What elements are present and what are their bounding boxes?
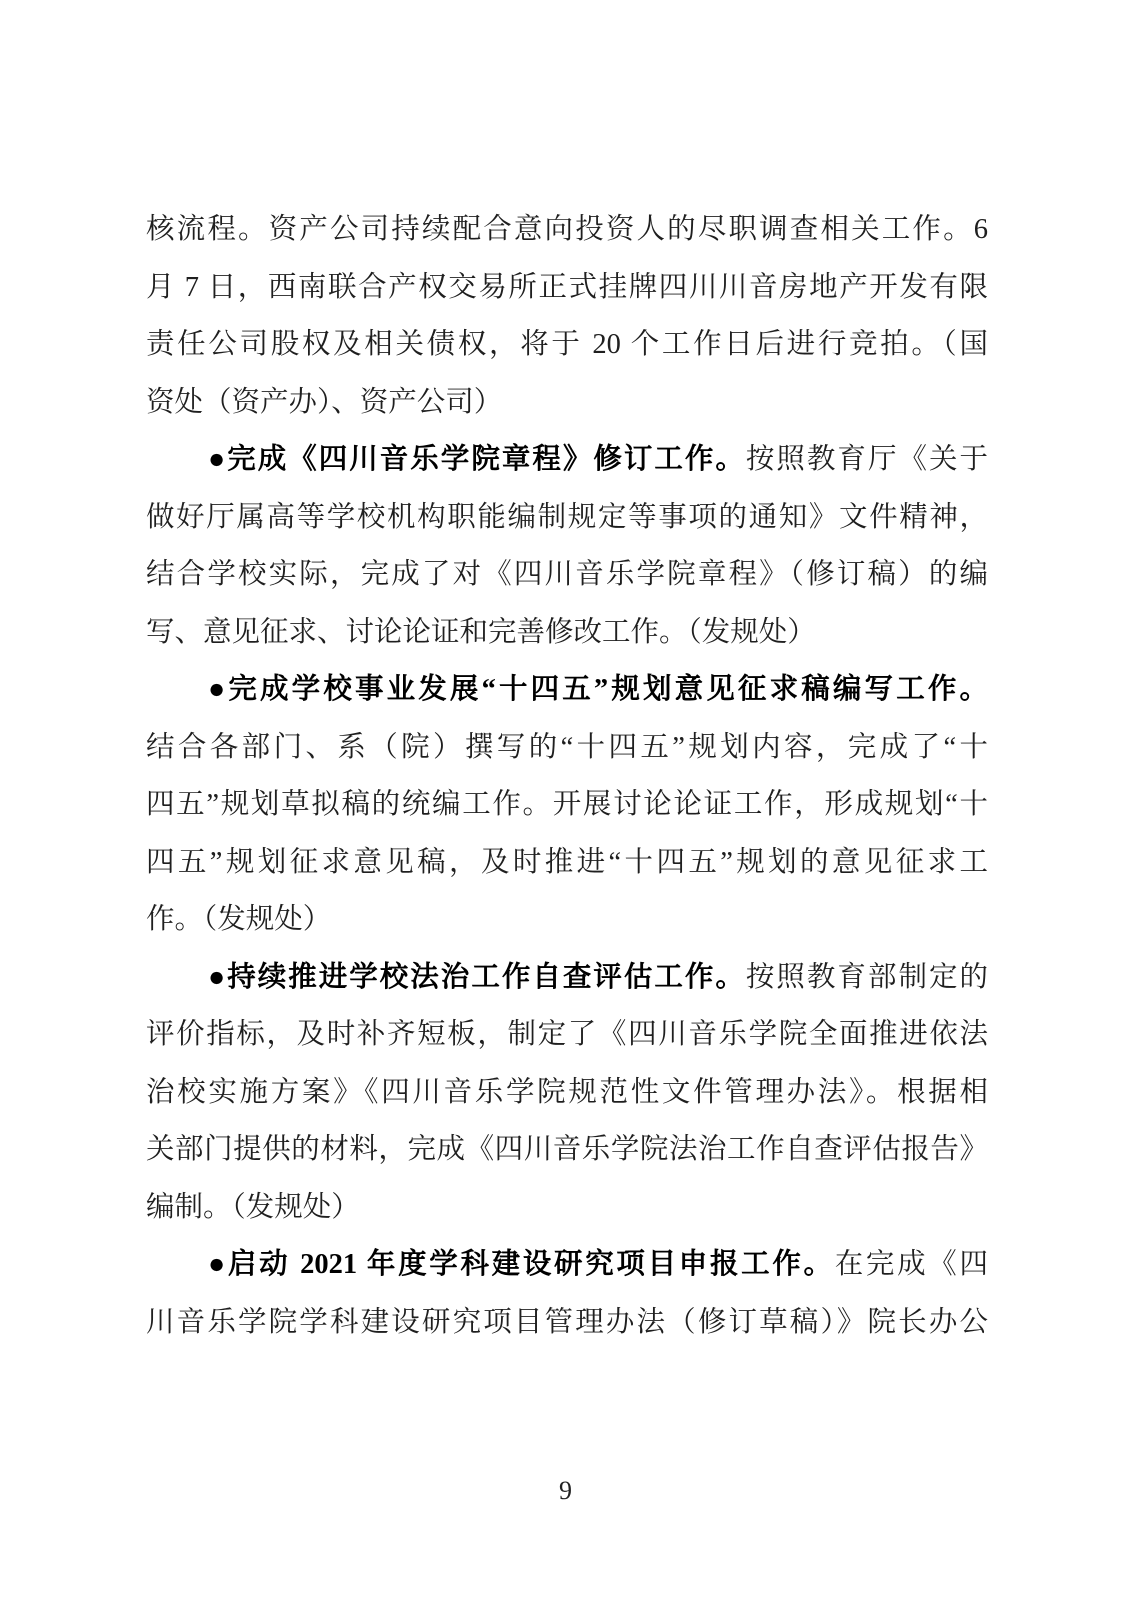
text-run: 按照教育厅《关于	[746, 444, 988, 475]
text-line: 四五”规划征求意见稿，及时推进“十四五”规划的意见征求工	[146, 834, 988, 892]
text-run: 川音乐学院学科建设研究项目管理办法（修订草稿）》院长办公	[146, 1307, 988, 1338]
text-line: 核流程。资产公司持续配合意向投资人的尽职调查相关工作。6	[146, 201, 988, 259]
text-line: ●启动 2021 年度学科建设研究项目申报工作。在完成《四	[146, 1236, 988, 1294]
paragraph: 核流程。资产公司持续配合意向投资人的尽职调查相关工作。6月 7 日，西南联合产权…	[146, 201, 988, 431]
text-run: 按照教育部制定的	[746, 962, 988, 993]
text-run: 关部门提供的材料，完成《四川音乐学院法治工作自查评估报告》	[146, 1134, 988, 1165]
text-run: 结合学校实际，完成了对《四川音乐学院章程》（修订稿）的编	[146, 559, 988, 590]
text-line: 编制。（发规处）	[146, 1179, 988, 1237]
text-line: 评价指标，及时补齐短板，制定了《四川音乐学院全面推进依法	[146, 1006, 988, 1064]
text-run: 四五”规划征求意见稿，及时推进“十四五”规划的意见征求工	[146, 847, 988, 878]
text-line: 月 7 日，西南联合产权交易所正式挂牌四川川音房地产开发有限	[146, 259, 988, 317]
text-run: 责任公司股权及相关债权，将于 20 个工作日后进行竞拍。（国	[146, 329, 988, 360]
paragraph: ●启动 2021 年度学科建设研究项目申报工作。在完成《四川音乐学院学科建设研究…	[146, 1236, 988, 1351]
bullet-icon: ●	[208, 962, 227, 993]
text-run: 评价指标，及时补齐短板，制定了《四川音乐学院全面推进依法	[146, 1019, 988, 1050]
text-run: 核流程。资产公司持续配合意向投资人的尽职调查相关工作。6	[146, 214, 988, 245]
paragraph: ●持续推进学校法治工作自查评估工作。按照教育部制定的评价指标，及时补齐短板，制定…	[146, 949, 988, 1237]
text-line: 作。（发规处）	[146, 891, 988, 949]
text-line: 四五”规划草拟稿的统编工作。开展讨论论证工作，形成规划“十	[146, 776, 988, 834]
text-line: 写、意见征求、讨论论证和完善修改工作。（发规处）	[146, 604, 988, 662]
text-run: 结合各部门、系（院）撰写的“十四五”规划内容，完成了“十	[146, 732, 988, 763]
text-line: 结合学校实际，完成了对《四川音乐学院章程》（修订稿）的编	[146, 546, 988, 604]
text-run: 完成《四川音乐学院章程》修订工作。	[227, 444, 746, 475]
bullet-icon: ●	[208, 1249, 228, 1280]
text-run: 编制。（发规处）	[146, 1192, 360, 1223]
text-line: 资处（资产办）、资产公司）	[146, 374, 988, 432]
text-run: 四五”规划草拟稿的统编工作。开展讨论论证工作，形成规划“十	[146, 789, 988, 820]
text-line: ●完成《四川音乐学院章程》修订工作。按照教育厅《关于	[146, 431, 988, 489]
page-number: 9	[0, 1476, 1131, 1506]
paragraph: ●完成《四川音乐学院章程》修订工作。按照教育厅《关于做好厅属高等学校机构职能编制…	[146, 431, 988, 661]
text-line: 责任公司股权及相关债权，将于 20 个工作日后进行竞拍。（国	[146, 316, 988, 374]
text-run: 完成学校事业发展“十四五”规划意见征求稿编写工作。	[228, 674, 988, 705]
text-line: 治校实施方案》《四川音乐学院规范性文件管理办法》。根据相	[146, 1064, 988, 1122]
bullet-icon: ●	[208, 674, 228, 705]
document-body: 核流程。资产公司持续配合意向投资人的尽职调查相关工作。6月 7 日，西南联合产权…	[146, 201, 988, 1351]
text-line: 关部门提供的材料，完成《四川音乐学院法治工作自查评估报告》	[146, 1121, 988, 1179]
text-run: 在完成《四	[835, 1249, 988, 1280]
text-line: 结合各部门、系（院）撰写的“十四五”规划内容，完成了“十	[146, 719, 988, 777]
document-page: 核流程。资产公司持续配合意向投资人的尽职调查相关工作。6月 7 日，西南联合产权…	[0, 0, 1131, 1600]
text-run: 写、意见征求、讨论论证和完善修改工作。（发规处）	[146, 617, 816, 648]
text-run: 资处（资产办）、资产公司）	[146, 387, 502, 418]
text-run: 做好厅属高等学校机构职能编制规定等事项的通知》文件精神，	[146, 502, 988, 533]
text-line: ●完成学校事业发展“十四五”规划意见征求稿编写工作。	[146, 661, 988, 719]
text-run: 月 7 日，西南联合产权交易所正式挂牌四川川音房地产开发有限	[146, 272, 988, 303]
text-run: 启动 2021 年度学科建设研究项目申报工作。	[228, 1249, 835, 1280]
text-run: 作。（发规处）	[146, 904, 331, 935]
text-run: 治校实施方案》《四川音乐学院规范性文件管理办法》。根据相	[146, 1077, 988, 1108]
text-line: 川音乐学院学科建设研究项目管理办法（修订草稿）》院长办公	[146, 1294, 988, 1352]
paragraph: ●完成学校事业发展“十四五”规划意见征求稿编写工作。结合各部门、系（院）撰写的“…	[146, 661, 988, 949]
bullet-icon: ●	[208, 444, 227, 475]
text-line: 做好厅属高等学校机构职能编制规定等事项的通知》文件精神，	[146, 489, 988, 547]
text-line: ●持续推进学校法治工作自查评估工作。按照教育部制定的	[146, 949, 988, 1007]
text-run: 持续推进学校法治工作自查评估工作。	[227, 962, 746, 993]
